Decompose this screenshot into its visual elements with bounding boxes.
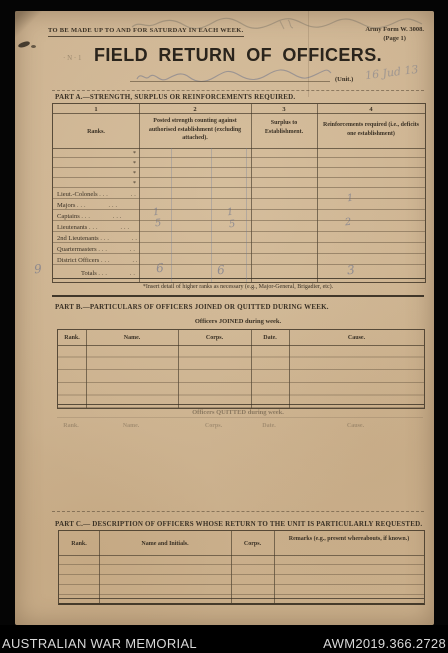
page-note: (Page 1) [365,34,424,43]
handwriting-unit-entry [133,67,333,85]
joined-subheading: Officers JOINED during week. [52,317,424,326]
ink-blot [31,45,36,48]
separator-dashed [52,90,424,91]
rank-label: 2nd Lieutenants [57,235,99,242]
col-header-rank: Rank. [59,540,99,549]
faded-col-header: Date. [250,422,288,431]
part-c-table: Rank. Name and Initials. Corps. Remarks … [58,530,425,605]
star-note: * [133,150,136,159]
faded-col-header: Rank. [57,422,85,431]
pencil-figure: 5 [154,218,161,230]
pencil-rule [211,148,212,282]
dot-leader: ... ... ... [99,192,137,198]
pencil-figure: 1 [346,193,353,205]
dot-leader: ... ... ... [100,236,137,242]
faded-col-header: Cause. [288,422,423,431]
form-title: FIELD RETURN OF OFFICERS. [52,45,424,66]
faded-line [57,417,423,418]
star-note: * [133,160,136,169]
col-header-rank: Rank. [58,334,86,343]
separator-dashed [52,511,424,512]
archive-caption-bar: AUSTRALIAN WAR MEMORIAL AWM2019.366.2728 [0,625,448,653]
double-bottom-line [58,404,424,405]
rank-label: Majors [57,202,75,209]
col-header-corps: Corps. [231,540,274,549]
form-page: TO BE MADE UP TO AND FOR SATURDAY IN EAC… [15,11,434,625]
rank-label: Captains [57,213,80,220]
rank-row: Lieut.-Colonels ... ... ... [57,190,137,200]
dot-leader: ... ... ... [81,214,137,220]
col-header-name-initials: Name and Initials. [99,540,231,549]
archive-institution: AUSTRALIAN WAR MEMORIAL [2,636,197,651]
col-number: 4 [317,105,425,114]
rank-label: District Officers [57,257,99,264]
pencil-figure: 3 [346,263,355,278]
double-bottom-line [59,598,424,599]
row-lines [59,555,424,600]
pencil-figure: 6 [155,261,164,276]
rank-row: Majors ... ... ... [57,201,137,211]
archive-item-id: AWM2019.366.2728 [323,636,446,651]
part-a-footnote: *Insert detail of higher ranks as necess… [52,283,424,292]
col-header-reinforcements: Reinforcements required (i.e., deficits … [319,121,423,138]
faded-col-header: Corps. [177,422,250,431]
section-rule [52,295,424,297]
pencil-rule [246,148,247,282]
pencil-figure: 2 [344,217,351,229]
pencil-figure: 1 [226,207,233,219]
rank-row: District Officers ... ... ... [57,256,137,266]
dot-leader: ... ... ... [98,271,137,277]
dot-leader: ... ... ... [89,225,137,231]
rank-label: Lieutenants [57,224,87,231]
col-header-cause: Cause. [289,334,424,343]
rank-row: Captains ... ... ... [57,212,137,222]
pencil-rule [171,148,172,282]
rank-row: Quartermasters ... ... ... [57,245,137,255]
rank-row: 2nd Lieutenants ... ... ... [57,234,137,244]
pencil-figure: 5 [228,219,235,231]
handwriting-scrawl [130,15,425,33]
faint-stamp: · N · 1 [63,54,81,64]
col-header-ranks: Ranks. [53,128,139,137]
pencil-figure: 6 [216,263,225,278]
officers-joined-table: Rank. Name. Corps. Date. Cause. [57,329,425,409]
col-header-name: Name. [86,334,178,343]
col-header-corps: Corps. [178,334,251,343]
row-lines [58,345,424,408]
star-note: * [133,180,136,189]
dot-leader: ... ... ... [77,203,137,209]
dot-leader: ... ... ... [101,258,137,264]
rank-label: Lieut.-Colonels [57,191,98,198]
rank-label: Quartermasters [57,246,97,253]
quitted-subheading: Officers QUITTED during week. [52,408,424,417]
col-header-surplus: Surplus to Establishment. [253,119,315,136]
unit-label: (Unit.) [335,75,353,84]
col-number: 3 [251,105,317,114]
part-b-heading: PART B.—PARTICULARS OF OFFICERS JOINED O… [55,303,329,313]
rank-row: Lieutenants ... ... ... [57,223,137,233]
col-header-posted: Posted strength counting against authori… [141,117,249,143]
star-note: * [133,170,136,179]
col-header-remarks: Remarks (e.g., present whereabouts, if k… [276,535,422,544]
faded-col-header: Name. [85,422,177,431]
pencil-figure: 1 [152,207,159,219]
pencil-margin-mark: 9 [33,262,42,277]
scanned-document-view: TO BE MADE UP TO AND FOR SATURDAY IN EAC… [0,0,448,653]
unit-rule [130,81,330,82]
dot-leader: ... ... ... [98,247,137,253]
part-a-table: 1 2 3 4 Ranks. Posted strength counting … [52,103,426,283]
totals-row: Totals ... ... ... [81,269,137,279]
col-number: 2 [139,105,251,114]
totals-label: Totals [81,270,97,277]
col-header-date: Date. [251,334,289,343]
row-lines [53,148,425,188]
part-c-heading: PART C.— DESCRIPTION OF OFFICERS WHOSE R… [55,520,422,530]
part-a-heading: PART A.—STRENGTH, SURPLUS OR REINFORCEME… [55,93,295,103]
col-number: 1 [53,105,139,114]
